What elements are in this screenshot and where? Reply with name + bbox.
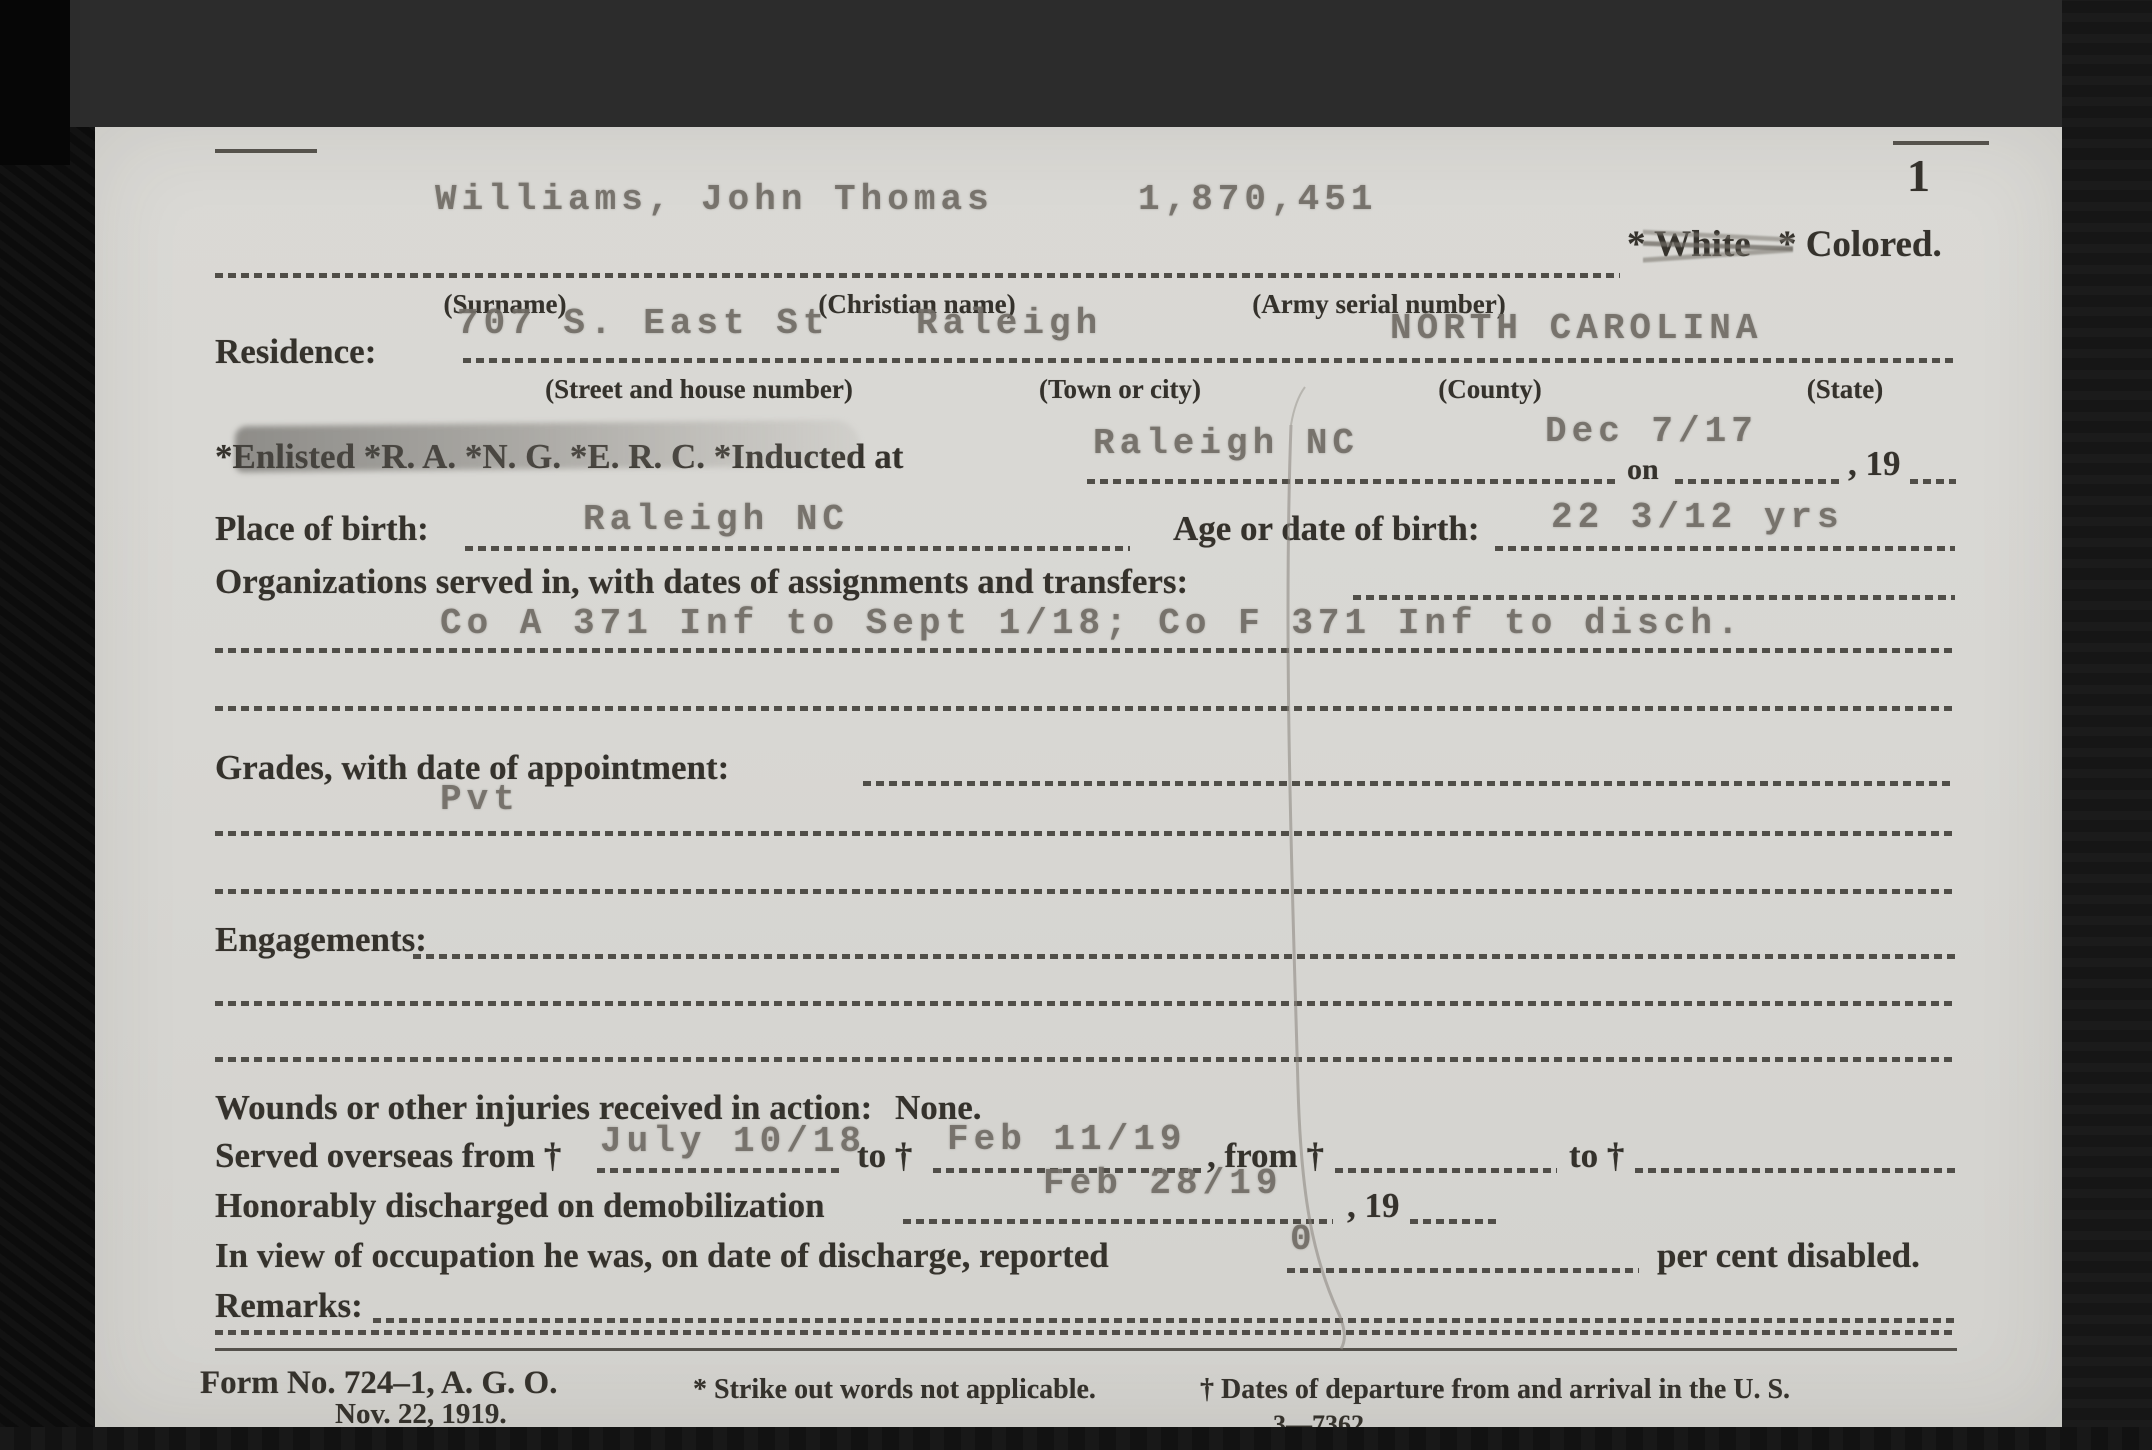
page-number-overline bbox=[1893, 141, 1989, 145]
birth-place-rule bbox=[465, 546, 1130, 551]
form-number: Form No. 724–1, A. G. O. bbox=[200, 1365, 557, 1401]
engagements-rule-1 bbox=[413, 954, 1955, 959]
discharge-date-value: Feb 28/19 bbox=[1043, 1163, 1282, 1204]
name-rule bbox=[215, 273, 1620, 278]
residence-county-value: NORTH CAROLINA bbox=[1390, 308, 1762, 349]
street-label: (Street and house number) bbox=[545, 375, 853, 405]
residence-town-value: Raleigh bbox=[916, 303, 1102, 344]
organizations-rule-3 bbox=[215, 706, 1955, 711]
disability-rule bbox=[1287, 1268, 1639, 1273]
induction-place-value: Raleigh NC bbox=[1093, 423, 1359, 464]
overseas-prefix: Served overseas from † bbox=[215, 1137, 561, 1176]
grades-value: Pvt bbox=[440, 779, 520, 820]
disability-value: 0 bbox=[1290, 1219, 1317, 1260]
print-code: 3—7362 bbox=[1273, 1411, 1364, 1427]
scan-right-band bbox=[2062, 0, 2152, 1450]
grades-rule-3 bbox=[215, 889, 1955, 894]
county-label: (County) bbox=[1438, 375, 1542, 405]
grades-rule-2 bbox=[215, 831, 1955, 836]
induction-place-rule bbox=[1087, 479, 1619, 484]
induction-date-value: Dec 7/17 bbox=[1545, 411, 1758, 452]
organizations-rule-1 bbox=[1353, 595, 1955, 600]
residence-street-value: 707 S. East St bbox=[457, 303, 829, 344]
dagger-note: † Dates of departure from and arrival in… bbox=[1200, 1375, 1790, 1406]
footer-dotted-rule bbox=[215, 1330, 1957, 1335]
scan-film-edge bbox=[0, 0, 95, 1450]
footer-solid-rule bbox=[215, 1348, 1957, 1351]
birth-place-label: Place of birth: bbox=[215, 510, 429, 549]
disability-prefix: In view of occupation he was, on date of… bbox=[215, 1237, 1109, 1276]
white-strikeout-mark bbox=[1643, 229, 1793, 263]
scan-top-band bbox=[70, 0, 2152, 127]
residence-label: Residence: bbox=[215, 333, 376, 372]
engagements-label: Engagements: bbox=[215, 921, 427, 960]
induction-year-label: , 19 bbox=[1848, 445, 1901, 484]
overseas-rule-1 bbox=[597, 1168, 839, 1173]
scan-bottom-band bbox=[0, 1427, 2152, 1450]
organizations-value: Co A 371 Inf to Sept 1/18; Co F 371 Inf … bbox=[440, 603, 1744, 644]
overseas-to1-value: Feb 11/19 bbox=[947, 1119, 1186, 1160]
age-value: 22 3/12 yrs bbox=[1551, 497, 1844, 538]
remarks-rule bbox=[373, 1318, 1955, 1323]
page-number: 1 bbox=[1907, 151, 1930, 202]
disability-suffix: per cent disabled. bbox=[1657, 1237, 1920, 1276]
enlisted-strikeout-smudge bbox=[235, 420, 860, 473]
engagements-rule-2 bbox=[215, 1001, 1955, 1006]
induction-year-rule bbox=[1910, 479, 1956, 484]
discharge-label: Honorably discharged on demobilization bbox=[215, 1187, 825, 1226]
overseas-to2-label: to † bbox=[1569, 1137, 1624, 1176]
town-label: (Town or city) bbox=[1039, 375, 1201, 405]
state-label: (State) bbox=[1807, 375, 1883, 405]
wounds-line: Wounds or other injuries received in act… bbox=[215, 1089, 982, 1128]
discharge-rule-2 bbox=[1410, 1219, 1500, 1224]
on-label: on bbox=[1627, 453, 1659, 486]
remarks-label: Remarks: bbox=[215, 1287, 363, 1326]
age-label: Age or date of birth: bbox=[1173, 510, 1480, 549]
strike-note: * Strike out words not applicable. bbox=[693, 1375, 1096, 1406]
organizations-rule-2 bbox=[215, 648, 1955, 653]
organizations-label: Organizations served in, with dates of a… bbox=[215, 563, 1188, 602]
serial-value: 1,870,451 bbox=[1138, 179, 1377, 220]
top-left-mark bbox=[215, 149, 317, 153]
overseas-rule-4 bbox=[1635, 1168, 1955, 1173]
scan-corner-shadow bbox=[0, 0, 70, 165]
name-value: Williams, John Thomas bbox=[435, 179, 994, 220]
discharge-rule-1 bbox=[903, 1219, 1333, 1224]
discharge-year-label: , 19 bbox=[1347, 1187, 1400, 1226]
record-card: 1 Williams, John Thomas 1,870,451 * Whit… bbox=[95, 127, 2062, 1427]
colored-option: * Colored. bbox=[1778, 224, 1942, 265]
induction-date-rule bbox=[1675, 479, 1843, 484]
overseas-from1-value: July 10/18 bbox=[600, 1121, 866, 1162]
engagements-rule-3 bbox=[215, 1057, 1955, 1062]
grades-rule-1 bbox=[863, 781, 1955, 786]
birth-place-value: Raleigh NC bbox=[583, 499, 849, 540]
scanned-service-record: { "colors":{"background":"#171717","pape… bbox=[0, 0, 2152, 1450]
age-rule bbox=[1495, 546, 1955, 551]
form-date: Nov. 22, 1919. bbox=[335, 1399, 507, 1427]
residence-rule bbox=[463, 358, 1955, 363]
overseas-rule-3 bbox=[1335, 1168, 1557, 1173]
